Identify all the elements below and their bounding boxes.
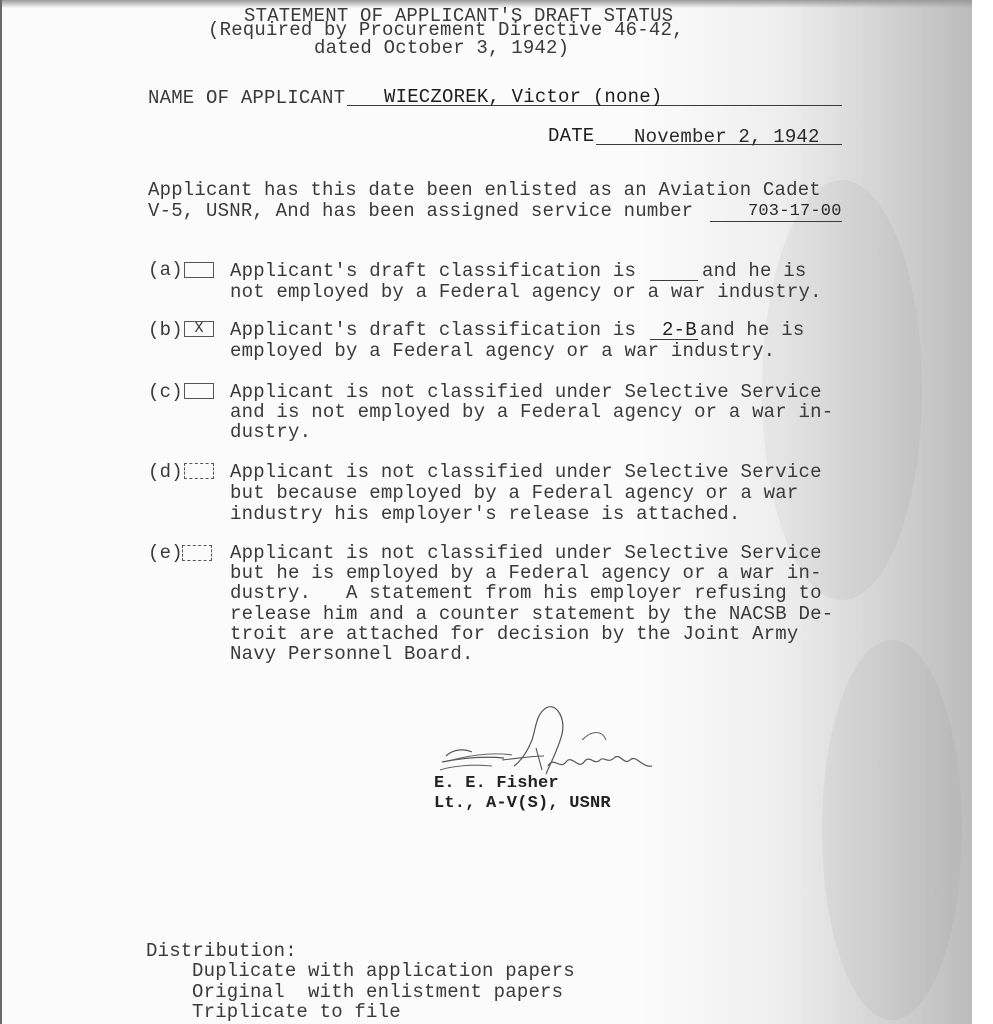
option-c-checkbox[interactable] [184, 383, 214, 399]
intro-line1: Applicant has this date been enlisted as… [148, 180, 821, 201]
distribution-label: Distribution: [146, 941, 297, 962]
option-b-line2: employed by a Federal agency or a war in… [230, 341, 775, 362]
option-d-line2: but because employed by a Federal agency… [230, 483, 799, 504]
option-b-classification: 2-B [662, 320, 697, 341]
option-e-checkbox[interactable] [182, 545, 212, 561]
intro-line2: V-5, USNR, And has been assigned service… [148, 201, 693, 222]
option-e-line4: release him and a counter statement by t… [230, 604, 833, 625]
option-b-line1-post: and he is [700, 320, 804, 341]
option-c-line2: and is not employed by a Federal agency … [230, 402, 833, 423]
option-d-line3: industry his employer's release is attac… [230, 504, 740, 525]
option-e-line2: but he is employed by a Federal agency o… [230, 563, 822, 584]
service-number: 703-17-00 [748, 202, 842, 223]
scanned-document-page: STATEMENT OF APPLICANT'S DRAFT STATUS (R… [0, 0, 972, 1024]
scan-smudge [822, 640, 962, 1020]
distribution-item: Original with enlistment papers [192, 982, 563, 1003]
distribution-item: Triplicate to file [192, 1002, 401, 1023]
option-c-line3: dustry. [230, 422, 311, 443]
option-a-line1-pre: Applicant's draft classification is [230, 261, 636, 282]
option-d-line1: Applicant is not classified under Select… [230, 462, 822, 483]
option-c-line1: Applicant is not classified under Select… [230, 382, 822, 403]
option-c-letter: (c) [148, 382, 183, 403]
applicant-name: WIECZOREK, Victor (none) [384, 87, 662, 108]
distribution-item: Duplicate with application papers [192, 961, 575, 982]
signer-rank: Lt., A-V(S), USNR [434, 794, 611, 815]
option-e-line3: dustry. A statement from his employer re… [230, 583, 822, 604]
option-a-checkbox[interactable] [184, 262, 214, 278]
document-subtitle-line2: dated October 3, 1942) [314, 38, 569, 59]
option-a-line2: not employed by a Federal agency or a wa… [230, 282, 822, 303]
option-d-letter: (d) [148, 462, 183, 483]
signer-name: E. E. Fisher [434, 774, 559, 795]
option-e-line1: Applicant is not classified under Select… [230, 543, 822, 564]
date-value: November 2, 1942 [634, 127, 820, 148]
option-a-line1-post: and he is [702, 261, 806, 282]
option-d-checkbox[interactable] [184, 463, 214, 479]
option-e-letter: (e) [148, 543, 183, 564]
option-a-letter: (a) [148, 260, 183, 281]
option-b-checkbox[interactable]: X [184, 321, 214, 337]
option-b-letter: (b) [148, 320, 183, 341]
option-e-line6: Navy Personnel Board. [230, 644, 474, 665]
name-label: NAME OF APPLICANT [148, 88, 345, 109]
option-e-line5: troit are attached for decision by the J… [230, 624, 799, 645]
option-b-line1-pre: Applicant's draft classification is [230, 320, 636, 341]
date-label: DATE [548, 126, 594, 147]
